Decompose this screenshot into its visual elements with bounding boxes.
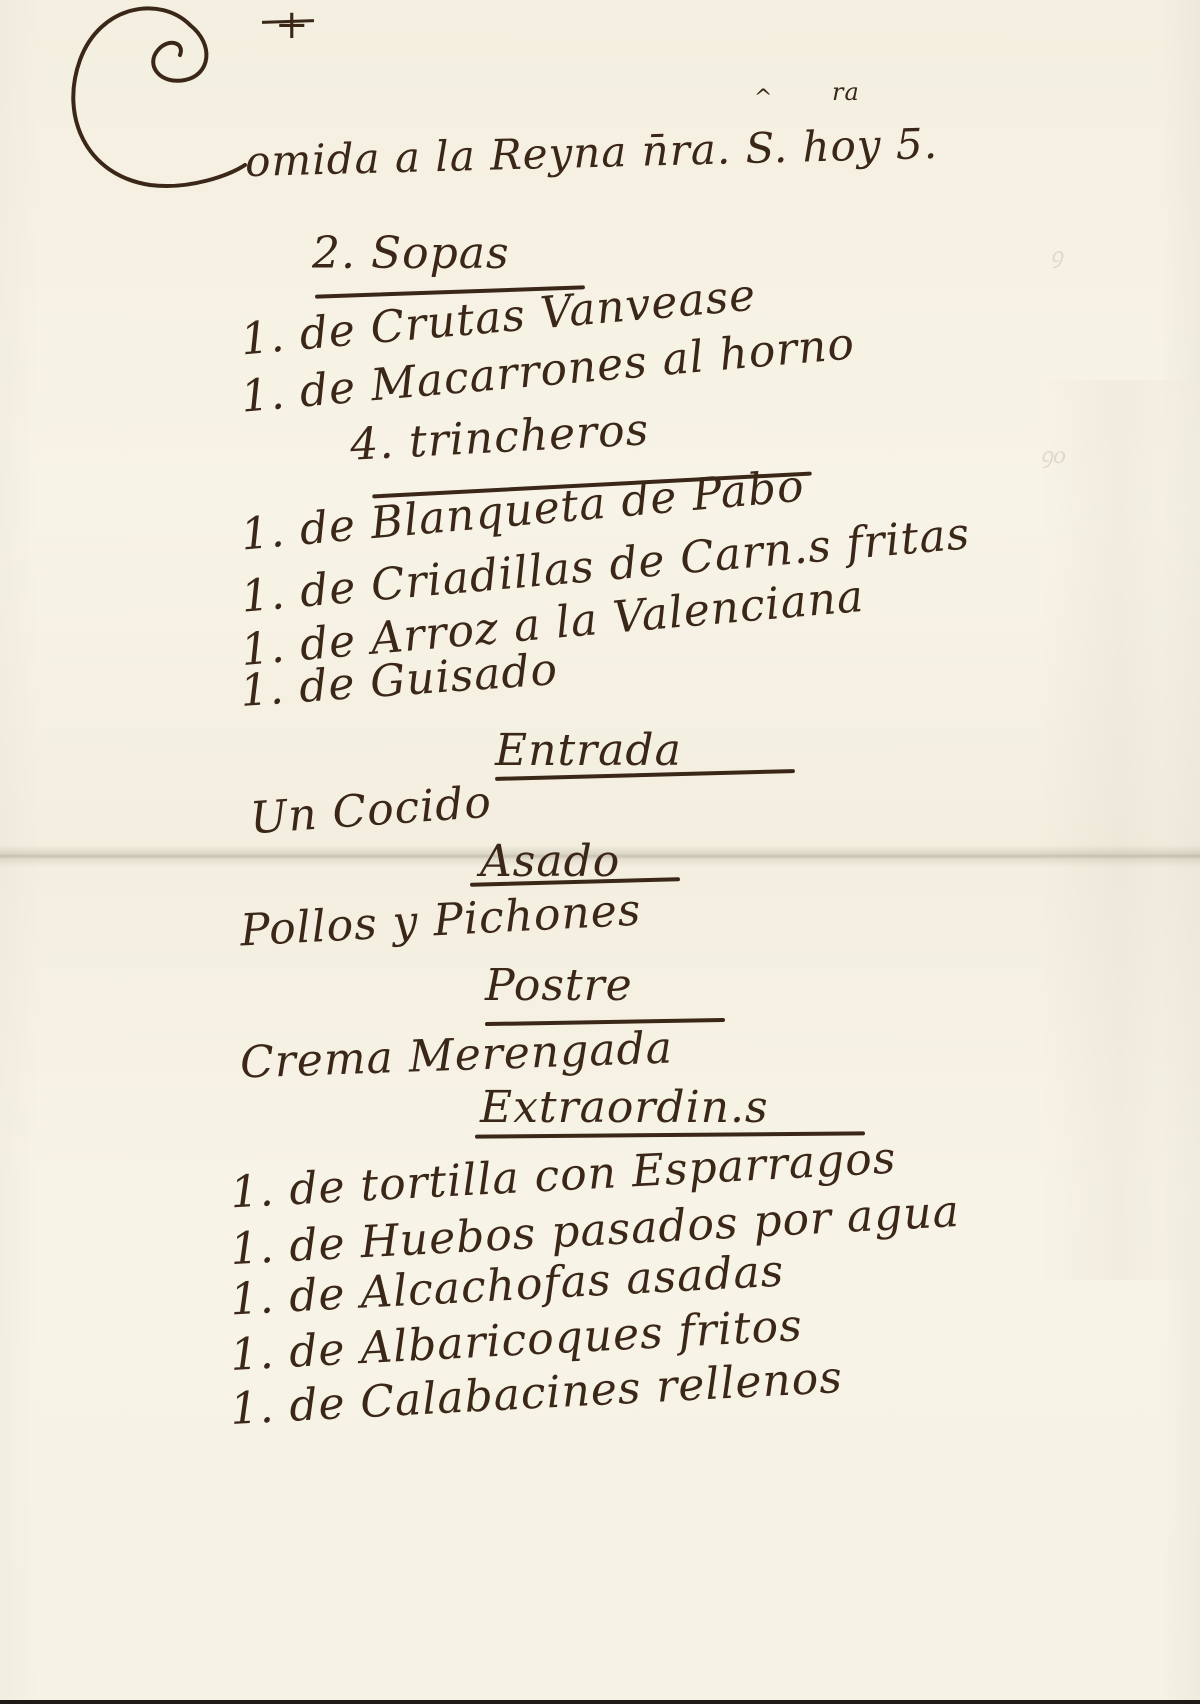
section-heading-postre: Postre	[485, 960, 633, 1011]
section-heading-sopas: 2. Sopas	[312, 228, 510, 279]
paper-shading	[1040, 380, 1200, 1280]
bleed-through-mark: ꝯ	[1050, 240, 1063, 270]
section-heading-extraordinarios: Extraordin.s	[480, 1082, 769, 1133]
section-heading-entrada: Entrada	[495, 725, 682, 776]
ornamental-initial-c	[40, 0, 250, 190]
title-suffix: hoy 5.	[802, 119, 939, 172]
bleed-through-mark: ꝯo	[1040, 440, 1066, 470]
header-cross-mark: +	[275, 2, 310, 48]
title-superscript: ra	[832, 78, 860, 106]
abbreviation-mark: ^	[754, 86, 773, 111]
scan-bottom-edge	[0, 1700, 1200, 1704]
